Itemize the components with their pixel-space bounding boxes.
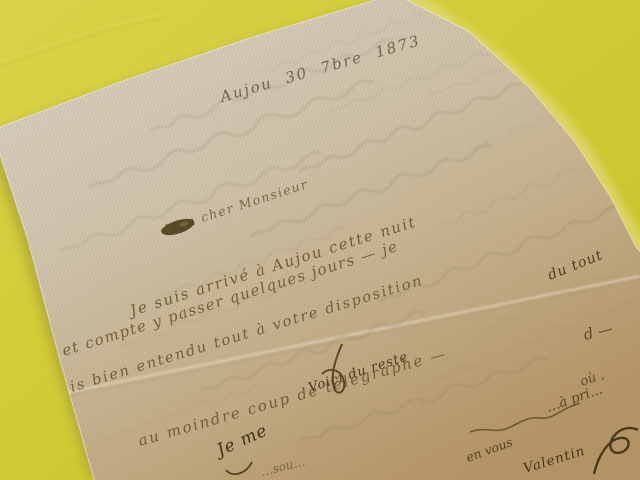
letter-photograph: Aujou 30 7bre 1873 Mon cher Monsieur Je … (0, 0, 640, 480)
photo-canvas: Aujou 30 7bre 1873 Mon cher Monsieur Je … (0, 0, 640, 480)
